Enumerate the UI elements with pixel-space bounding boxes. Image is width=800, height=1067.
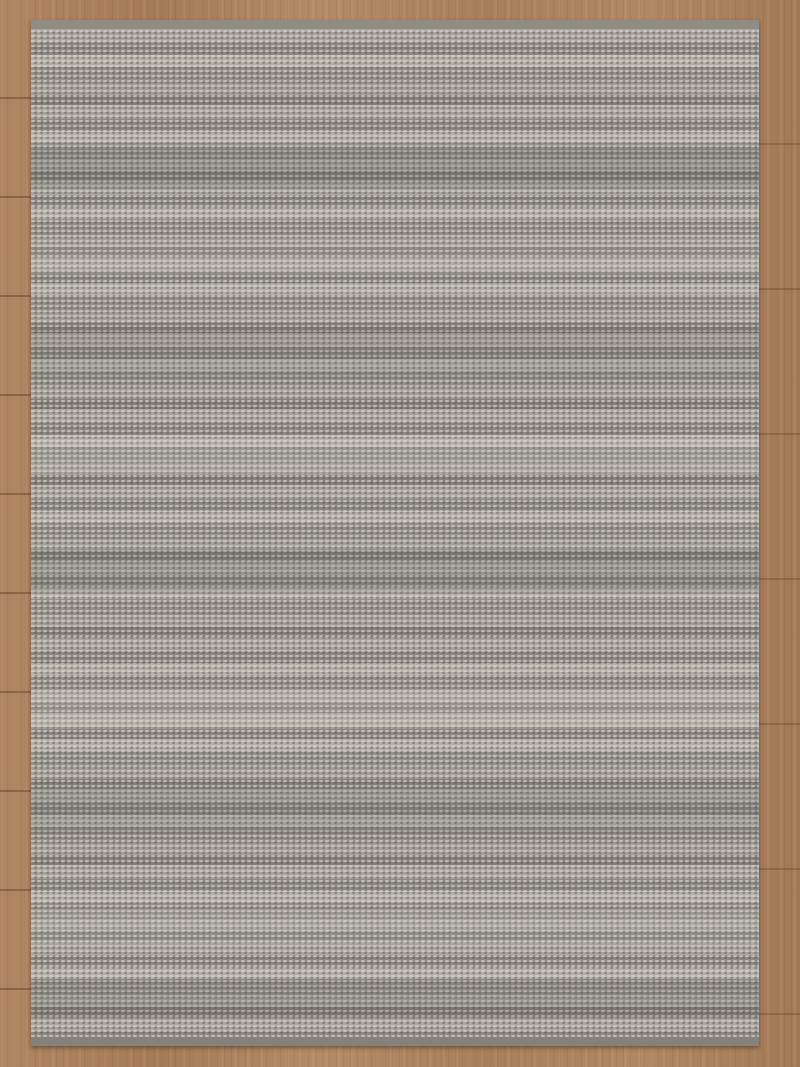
rug-stripe-band (31, 329, 759, 379)
rug-stripe-band (31, 149, 759, 189)
rug-weave-texture (31, 29, 759, 1037)
rug-binding-top (31, 20, 759, 29)
rug-stripe-band (31, 909, 759, 944)
rug-stripe-band (31, 439, 759, 474)
rug-stripe-band (31, 549, 759, 594)
rug-stripe-band (31, 689, 759, 729)
rug-binding-bottom (31, 1037, 759, 1046)
rug-stripe-band (31, 979, 759, 1019)
woven-rug (31, 20, 759, 1046)
rug-stripe-band (31, 789, 759, 834)
rug-stripe-band (31, 244, 759, 274)
